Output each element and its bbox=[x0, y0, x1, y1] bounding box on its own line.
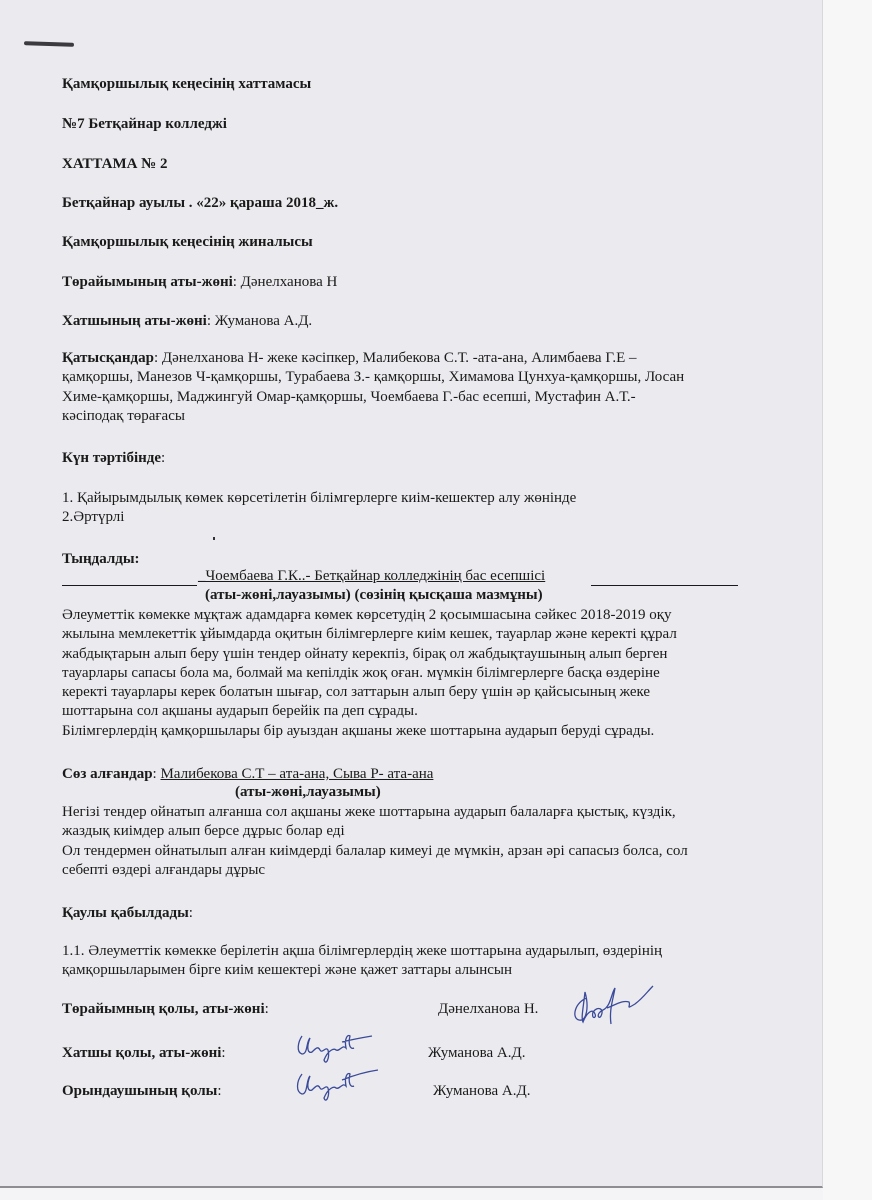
resolution-line: 1.1. Әлеуметтік көмекке берілетін ақша б… bbox=[62, 942, 782, 961]
signature-label: Орындаушының қолы bbox=[62, 1083, 217, 1099]
heard-label: Тыңдалды: bbox=[62, 550, 140, 569]
participants-block: Қатысқандар: Дәнелханова Н- жеке кәсіпке… bbox=[62, 349, 782, 426]
participants-line: Химе-қамқоршы, Маджингуй Омар-қамқоршы, … bbox=[62, 388, 782, 407]
scan-margin bbox=[823, 0, 872, 1200]
heard-line: керекті тауарлары керек болатын шығар, с… bbox=[62, 683, 782, 702]
heard-content: Әлеуметтік көмекке мұқтаж адамдарға көме… bbox=[62, 606, 782, 741]
signature-chair bbox=[567, 980, 657, 1030]
speakers-line: Ол тендермен ойнатылып алған киімдерді б… bbox=[62, 842, 782, 861]
document-title: Қамқоршылық кеңесінің хаттамасы bbox=[62, 75, 311, 94]
signature-name: Жуманова А.Д. bbox=[428, 1044, 525, 1063]
resolution-heading: Қаулы қабылдады: bbox=[62, 904, 193, 923]
blank-line bbox=[62, 585, 197, 586]
signature-name: Жуманова А.Д. bbox=[433, 1082, 530, 1101]
signature-name: Дәнелханова Н. bbox=[438, 1000, 538, 1019]
participants-line: кәсіподақ төрағасы bbox=[62, 407, 782, 426]
place-date: Бетқайнар ауылы . «22» қараша 2018_ж. bbox=[62, 194, 338, 213]
heard-line: жабдықтарын алып беру үшін тендер ойнату… bbox=[62, 645, 782, 664]
heard-caption: (аты-жөні,лауазымы) (сөзінің қысқаша маз… bbox=[205, 587, 543, 604]
agenda-item: 1. Қайырымдылық көмек көрсетілетін білім… bbox=[62, 489, 782, 508]
heard-line: Әлеуметтік көмекке мұқтаж адамдарға көме… bbox=[62, 606, 782, 625]
agenda-heading: Күн тәртібінде: bbox=[62, 449, 165, 468]
heard-line: шоттарына сол ақшаны аударып берейік па … bbox=[62, 702, 782, 721]
speakers-line: себепті өздері алғандары дұрыс bbox=[62, 861, 782, 880]
signature-executor bbox=[288, 1064, 383, 1106]
resolution-line: қамқоршыларымен бірге киім кешектері жән… bbox=[62, 961, 782, 980]
chair-row: Төрайымының аты-жөні: Дәнелханова Н bbox=[62, 273, 337, 292]
speakers-row: Сөз алғандар: Малибекова С.Т – ата-ана, … bbox=[62, 765, 433, 784]
speakers-line: жаздық киімдер алып берсе дұрыс болар ед… bbox=[62, 822, 782, 841]
organization: №7 Бетқайнар колледжі bbox=[62, 115, 227, 134]
agenda-item: 2.Әртүрлі bbox=[62, 508, 782, 527]
signature-label: Хатшы қолы, аты-жөні bbox=[62, 1045, 221, 1061]
resolution-content: 1.1. Әлеуметтік көмекке берілетін ақша б… bbox=[62, 942, 782, 981]
speakers-label: Сөз алғандар bbox=[62, 766, 153, 782]
signature-row-executor: Орындаушының қолы: bbox=[62, 1082, 222, 1101]
heard-line: жылына мемлекеттік ұйымдарда оқитын білі… bbox=[62, 625, 782, 644]
chair-value: : Дәнелханова Н bbox=[233, 274, 338, 290]
resolution-label: Қаулы қабылдады bbox=[62, 905, 189, 921]
secretary-row: Хатшының аты-жөні: Жуманова А.Д. bbox=[62, 312, 312, 331]
secretary-label: Хатшының аты-жөні bbox=[62, 313, 207, 329]
speakers-names: Малибекова С.Т – ата-ана, Сыва Р- ата-ан… bbox=[160, 766, 433, 782]
speck bbox=[213, 537, 215, 540]
agenda-label: Күн тәртібінде bbox=[62, 450, 161, 466]
speakers-caption: (аты-жөні,лауазымы) bbox=[235, 784, 381, 801]
participants-label: Қатысқандар bbox=[62, 350, 154, 366]
protocol-number: ХАТТАМА № 2 bbox=[62, 155, 168, 174]
participants-line: қамқоршы, Манезов Ч-қамқоршы, Турабаева … bbox=[62, 368, 782, 387]
secretary-value: : Жуманова А.Д. bbox=[207, 313, 312, 329]
speakers-line: Негізі тендер ойнатып алғанша сол ақшаны… bbox=[62, 803, 782, 822]
signature-secretary bbox=[288, 1028, 378, 1068]
meeting-title: Қамқоршылық кеңесінің жиналысы bbox=[62, 233, 313, 252]
heard-line: тауарлары сапасы бола ма, болмай ма кепі… bbox=[62, 664, 782, 683]
chair-label: Төрайымының аты-жөні bbox=[62, 274, 233, 290]
signature-label: Төрайымның қолы, аты-жөні bbox=[62, 1001, 265, 1017]
speakers-content: Негізі тендер ойнатып алғанша сол ақшаны… bbox=[62, 803, 782, 880]
signature-row-chair: Төрайымның қолы, аты-жөні: bbox=[62, 1000, 269, 1019]
participants-line: : Дәнелханова Н- жеке кәсіпкер, Малибеко… bbox=[154, 350, 637, 366]
agenda-list: 1. Қайырымдылық көмек көрсетілетін білім… bbox=[62, 489, 782, 528]
heard-speaker: _Чоембаева Г.К..- Бетқайнар колледжінің … bbox=[198, 567, 545, 586]
heard-line: Білімгерлердің қамқоршылары бір ауыздан … bbox=[62, 722, 782, 741]
signature-row-secretary: Хатшы қолы, аты-жөні: bbox=[62, 1044, 226, 1063]
blank-line bbox=[591, 585, 738, 586]
